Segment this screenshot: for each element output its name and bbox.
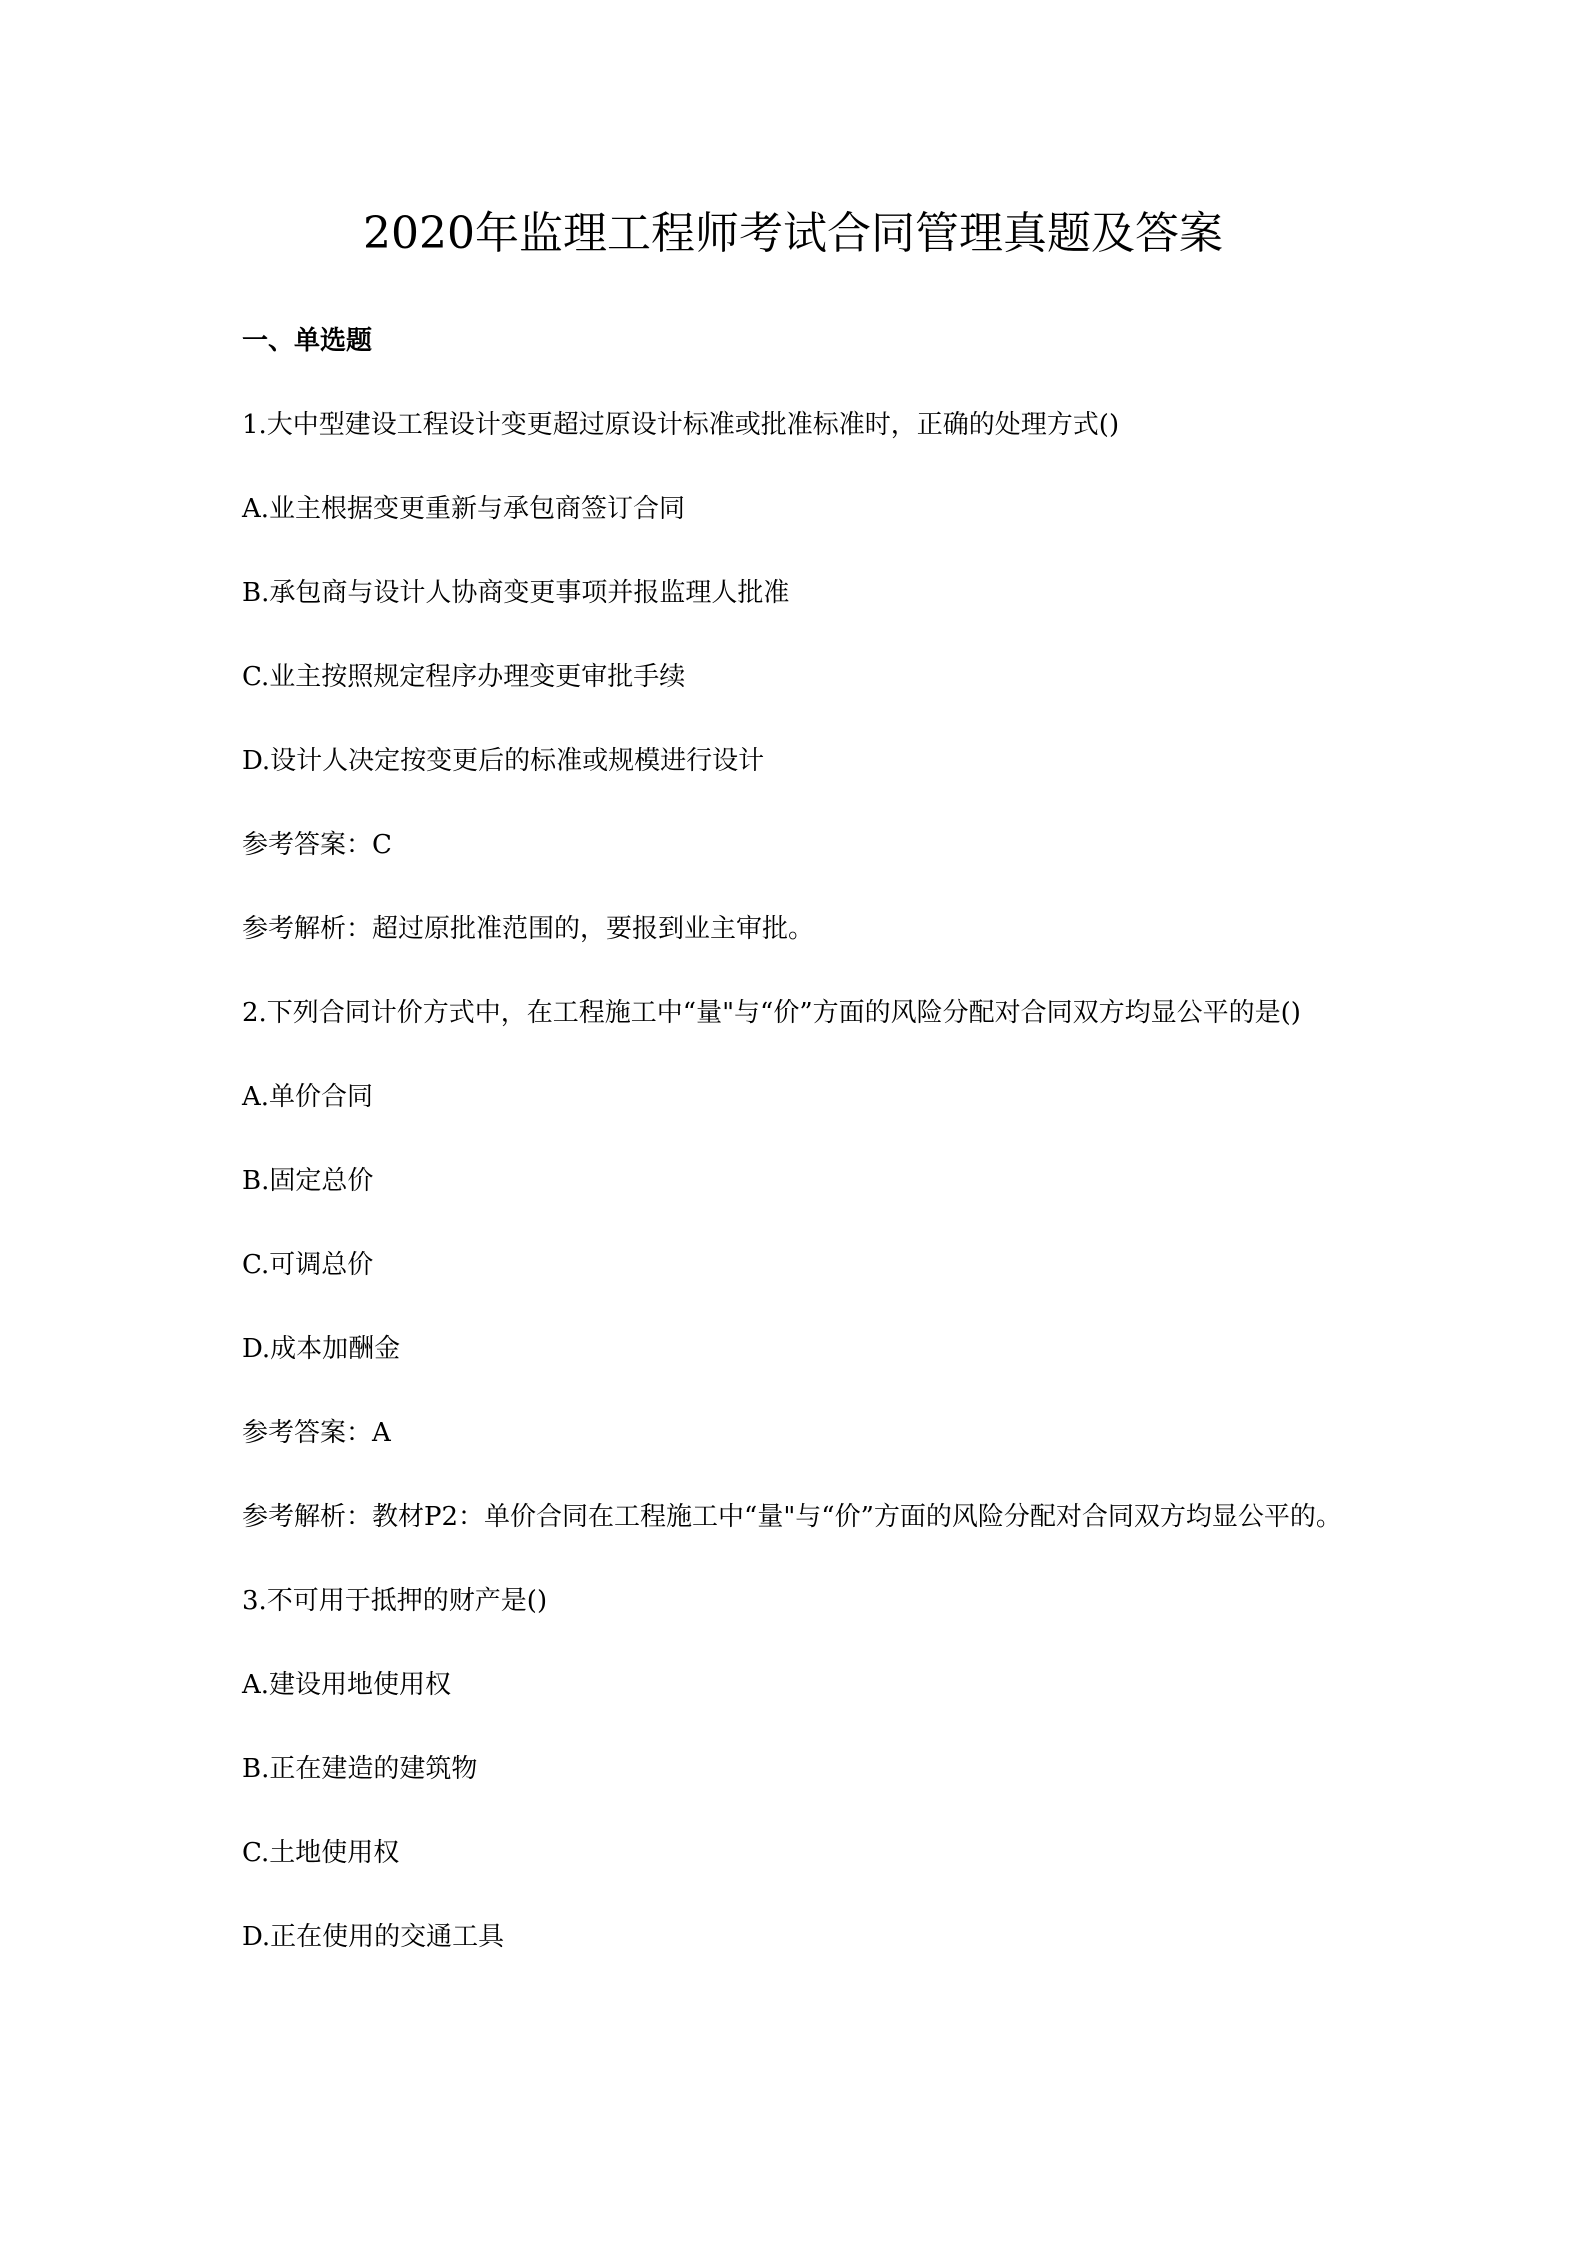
- option-b: B.固定总价: [242, 1158, 1362, 1204]
- option-c: C.业主按照规定程序办理变更审批手续: [242, 654, 1362, 700]
- question-1: 1.大中型建设工程设计变更超过原设计标准或批准标准时，正确的处理方式() A.业…: [242, 402, 1362, 952]
- option-c: C.土地使用权: [242, 1830, 1362, 1876]
- question-stem: 2.下列合同计价方式中，在工程施工中“量"与“价”方面的风险分配对合同双方均显公…: [242, 990, 1362, 1036]
- document-title: 2020年监理工程师考试合同管理真题及答案: [0, 206, 1586, 262]
- question-stem: 1.大中型建设工程设计变更超过原设计标准或批准标准时，正确的处理方式(): [242, 402, 1362, 448]
- section-heading: 一、单选题: [242, 318, 1362, 364]
- option-a: A.业主根据变更重新与承包商签订合同: [242, 486, 1362, 532]
- option-a: A.建设用地使用权: [242, 1662, 1362, 1708]
- reference-answer: 参考答案：C: [242, 822, 1362, 868]
- reference-analysis: 参考解析：超过原批准范围的，要报到业主审批。: [242, 906, 1362, 952]
- option-b: B.承包商与设计人协商变更事项并报监理人批准: [242, 570, 1362, 616]
- option-d: D.正在使用的交通工具: [242, 1914, 1362, 1960]
- option-b: B.正在建造的建筑物: [242, 1746, 1362, 1792]
- option-d: D.设计人决定按变更后的标准或规模进行设计: [242, 738, 1362, 784]
- question-3: 3.不可用于抵押的财产是() A.建设用地使用权 B.正在建造的建筑物 C.土地…: [242, 1578, 1362, 1960]
- option-c: C.可调总价: [242, 1242, 1362, 1288]
- option-a: A.单价合同: [242, 1074, 1362, 1120]
- option-d: D.成本加酬金: [242, 1326, 1362, 1372]
- reference-analysis: 参考解析：教材P2：单价合同在工程施工中“量"与“价”方面的风险分配对合同双方均…: [242, 1494, 1362, 1540]
- reference-answer: 参考答案：A: [242, 1410, 1362, 1456]
- question-stem: 3.不可用于抵押的财产是(): [242, 1578, 1362, 1624]
- document-body: 一、单选题 1.大中型建设工程设计变更超过原设计标准或批准标准时，正确的处理方式…: [242, 318, 1362, 1998]
- document-page: 2020年监理工程师考试合同管理真题及答案 一、单选题 1.大中型建设工程设计变…: [0, 0, 1586, 2244]
- question-2: 2.下列合同计价方式中，在工程施工中“量"与“价”方面的风险分配对合同双方均显公…: [242, 990, 1362, 1540]
